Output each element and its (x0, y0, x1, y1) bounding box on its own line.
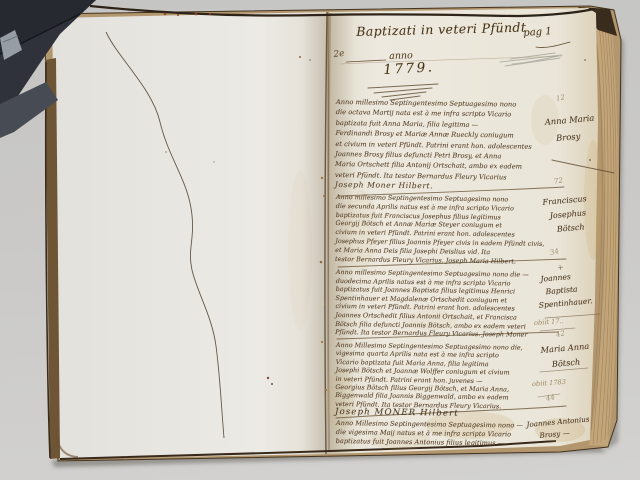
margin-name: Anna Maria Brosy (544, 110, 597, 148)
year-heading: 1779. (383, 59, 435, 78)
baptism-entry: Anno millesimo Septingentesimo Septuages… (335, 193, 545, 266)
left-page (52, 12, 329, 459)
baptism-entry: Anno millesimo Septingentesimo Septuages… (335, 97, 533, 193)
baptism-entry: Anno Millesimo Septingentesimo Septuages… (336, 419, 523, 449)
margin-name: Joannes Baptista Spentinhauer. (536, 268, 593, 312)
anno-prefix: 2e (333, 49, 345, 60)
baptism-entry: Anno millesimo Septingentesimo Septuages… (335, 268, 529, 339)
margin-name: Franciscus Josephus Bötsch (542, 192, 590, 238)
margin-name-line: Bötsch (556, 220, 589, 237)
page-number-label: pag 1 (523, 26, 552, 39)
photo-of-register: Baptizati in veteri Pfündt pag 1 2e anno… (0, 0, 640, 480)
margin-name: Maria Anna Bötsch (540, 339, 591, 373)
baptism-entry: Anno Millesimo Septingentesimo Septuages… (335, 341, 523, 419)
margin-name-line: Brosy (555, 127, 596, 147)
